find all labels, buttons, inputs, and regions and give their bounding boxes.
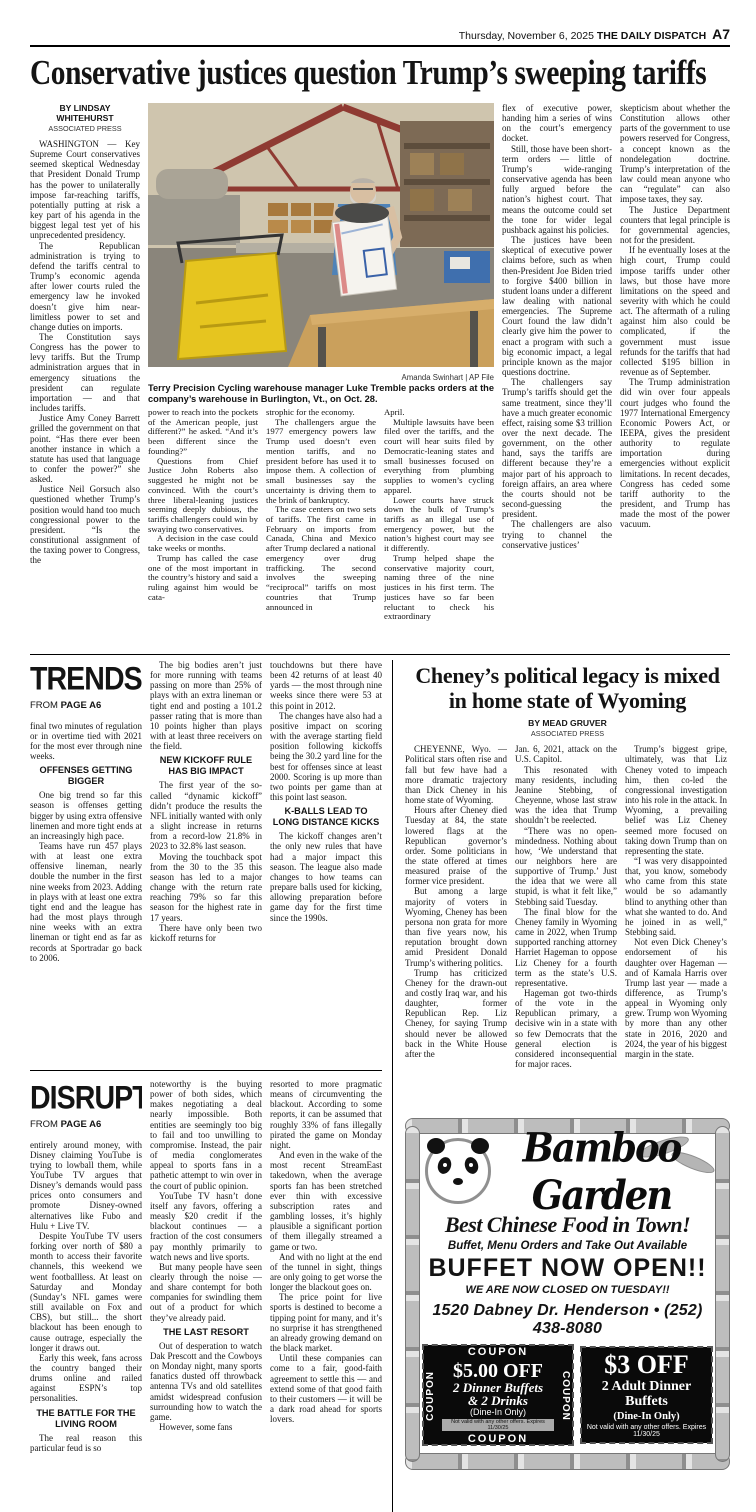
article-paragraph: If he eventually loses at the high court… xyxy=(620,245,730,377)
article-paragraph: Trump has criticized Cheney for the draw… xyxy=(405,968,507,1059)
coupon-label-bottom: COUPON xyxy=(438,1433,558,1445)
cheney-column-1: CHEYENNE, Wyo. — Political stars often r… xyxy=(405,744,507,1110)
trends-from-page: PAGE A6 xyxy=(61,700,102,711)
article-paragraph: But many people have seen clearly throug… xyxy=(150,1262,262,1323)
warehouse-photo xyxy=(148,103,494,372)
ad-subtagline: Buffet, Menu Orders and Take Out Availab… xyxy=(423,1240,712,1252)
bottom-section: TRENDS FROM PAGE A6 final two minutes of… xyxy=(30,660,730,1512)
article-paragraph: power to reach into the pockets of the A… xyxy=(148,408,258,457)
article-paragraph: Early this week, fans across the country… xyxy=(30,1353,142,1404)
article-paragraph: entirely around money, with Disney claim… xyxy=(30,1140,142,1231)
article-paragraph: Jan. 6, 2021, attack on the U.S. Capitol… xyxy=(515,744,617,764)
disrupts-jump-line: FROM PAGE A6 xyxy=(30,1119,142,1130)
coupon-body: $5.00 OFF 2 Dinner Buffets & 2 Drinks (D… xyxy=(438,1361,558,1431)
coupon-five-dollars-off: COUPON COUPON $5.00 OFF 2 Dinner Buffets… xyxy=(423,1345,573,1445)
article-paragraph: Despite YouTube TV users forking over no… xyxy=(30,1231,142,1353)
coupon-amount: $3 OFF xyxy=(585,1352,708,1378)
article-paragraph: One big trend so far this season is offe… xyxy=(30,790,142,841)
trends-jump-line: FROM PAGE A6 xyxy=(30,700,142,711)
tariffs-column-2: power to reach into the pockets of the A… xyxy=(148,408,258,636)
article-paragraph: The challengers say Trump’s tariffs shou… xyxy=(502,377,612,519)
masthead-paper-name: THE DAILY DISPATCH xyxy=(597,30,706,42)
coupon-dine-in: (Dine-In Only) xyxy=(438,1408,558,1418)
coupon-three-dollars-off: $3 OFF 2 Adult Dinner Buffets (Dine-In O… xyxy=(581,1347,712,1443)
ad-brand-row: Bamboo Garden xyxy=(423,1134,712,1208)
article-paragraph: However, some fans xyxy=(150,1422,262,1432)
disrupts-article: DISRUPTS FROM PAGE A6 entirely around mo… xyxy=(30,1079,382,1512)
article-paragraph: The Trump administration did win over fo… xyxy=(620,377,730,529)
article-paragraph: The Republican administration is trying … xyxy=(30,241,140,332)
article-paragraph: Justice Amy Coney Barrett grilled the go… xyxy=(30,413,140,484)
tariffs-column-5: flex of executive power, handing him a s… xyxy=(502,103,612,648)
article-paragraph: The justices have been skeptical of exec… xyxy=(502,235,612,377)
cheney-byline: BY MEAD GRUVER xyxy=(405,718,730,728)
coupon-fine-print: Not valid with any other offers. Expires… xyxy=(585,1424,708,1438)
article-paragraph: The Constitution says Congress has the p… xyxy=(30,332,140,413)
photo-caption: Terry Precision Cycling warehouse manage… xyxy=(148,383,494,405)
bamboo-frame-right xyxy=(715,1126,730,1462)
disrupts-column-3: resorted to more pragmatic means of circ… xyxy=(270,1079,382,1512)
tariffs-headline: Conservative justices question Trump’s s… xyxy=(30,53,618,97)
article-paragraph: And with no light at the end of the tunn… xyxy=(270,1252,382,1293)
masthead-date: Thursday, November 6, 2025 xyxy=(459,30,594,42)
masthead-rule xyxy=(30,45,730,47)
bamboo-garden-ad: Bamboo Garden Best Chinese Food in Town!… xyxy=(405,1118,730,1470)
column-subhead: THE BATTLE FOR THE LIVING ROOM xyxy=(32,1408,140,1430)
coupon-item: 2 Adult Dinner Buffets xyxy=(585,1380,708,1409)
disrupts-title: DISRUPTS xyxy=(30,1081,133,1115)
photo-credit: Amanda Swinhart | AP File xyxy=(148,373,494,382)
column-subhead: OFFENSES GETTING BIGGER xyxy=(32,765,140,787)
article-paragraph: Trump’s biggest gripe, ultimately, was t… xyxy=(625,744,727,856)
trends-column-2: The big bodies aren’t just for more runn… xyxy=(150,660,262,1062)
disrupts-column-2: noteworthy is the buying power of both s… xyxy=(150,1079,262,1512)
cheney-column-3: Trump’s biggest gripe, ultimately, was t… xyxy=(625,744,727,1110)
article-paragraph: resorted to more pragmatic means of circ… xyxy=(270,1079,382,1150)
tariffs-column-1: BY LINDSAY WHITEHURST ASSOCIATED PRESS W… xyxy=(30,103,140,648)
article-paragraph: Trump has called the case one of the mos… xyxy=(148,554,258,603)
trends-from-label: FROM xyxy=(30,700,61,711)
coupon-item: & 2 Drinks xyxy=(438,1394,558,1408)
disrupts-column-1: DISRUPTS FROM PAGE A6 entirely around mo… xyxy=(30,1079,142,1512)
tariffs-column-6: skepticism about whether the Constitutio… xyxy=(620,103,730,648)
trends-article: TRENDS FROM PAGE A6 final two minutes of… xyxy=(30,660,382,1062)
article-paragraph: Hours after Cheney died Tuesday at 84, t… xyxy=(405,805,507,886)
masthead: Thursday, November 6, 2025 THE DAILY DIS… xyxy=(30,26,730,42)
tariffs-byline: BY LINDSAY WHITEHURST xyxy=(30,103,140,123)
tariffs-column-3: strophic for the economy.The challengers… xyxy=(266,408,376,636)
article-paragraph: Until these companies can come to a fair… xyxy=(270,1353,382,1424)
tariffs-article: BY LINDSAY WHITEHURST ASSOCIATED PRESS W… xyxy=(30,103,730,648)
article-paragraph: The Justice Department counters that leg… xyxy=(620,205,730,246)
article-paragraph: The case centers on two sets of tariffs.… xyxy=(266,505,376,612)
panda-logo-icon xyxy=(425,1138,491,1204)
coupon-fine-print: Not valid with any other offers. Expires… xyxy=(442,1419,554,1431)
ad-closed-line: WE ARE NOW CLOSED ON TUESDAY!! xyxy=(423,1284,712,1296)
warehouse-photo-illustration xyxy=(148,103,494,367)
section-divider-rule xyxy=(30,654,730,655)
tariffs-column-4: April.Multiple lawsuits have been filed … xyxy=(384,408,494,636)
article-paragraph: The challengers argue the 1977 emergency… xyxy=(266,418,376,506)
article-paragraph: final two minutes of regulation or in ov… xyxy=(30,721,142,762)
article-paragraph: flex of executive power, handing him a s… xyxy=(502,103,612,144)
article-paragraph: The price point for live sports is desti… xyxy=(270,1292,382,1353)
ad-address: 1520 Dabney Dr. Henderson • (252) 438-80… xyxy=(423,1302,712,1338)
article-paragraph: YouTube TV hasn’t done itself any favors… xyxy=(150,1191,262,1262)
article-paragraph: Moving the touchback spot from the 30 to… xyxy=(150,852,262,923)
article-paragraph: Trump helped shape the conservative majo… xyxy=(384,554,494,622)
tariffs-byline-org: ASSOCIATED PRESS xyxy=(30,124,140,133)
coupon-label-left: COUPON xyxy=(425,1371,436,1421)
article-paragraph: Not even Dick Cheney’s endorsement of hi… xyxy=(625,937,727,1059)
article-paragraph: This resonated with many residents, incl… xyxy=(515,765,617,826)
article-paragraph: The kickoff changes aren’t the only new … xyxy=(270,831,382,922)
article-paragraph: WASHINGTON — Key Supreme Court conservat… xyxy=(30,139,140,241)
cheney-article: Cheney’s political legacy is mixed in ho… xyxy=(405,664,730,1110)
bottom-left-column: TRENDS FROM PAGE A6 final two minutes of… xyxy=(30,660,393,1512)
cheney-headline: Cheney’s political legacy is mixed in ho… xyxy=(415,664,720,713)
coupon-dine-in: (Dine-In Only) xyxy=(585,1411,708,1422)
masthead-page-number: A7 xyxy=(712,26,730,42)
article-paragraph: Teams have run 457 plays with at least o… xyxy=(30,841,142,963)
article-paragraph: Questions from Chief Justice John Robert… xyxy=(148,457,258,535)
article-paragraph: There have only been two kickoff returns… xyxy=(150,923,262,943)
coupon-item: 2 Dinner Buffets xyxy=(438,1381,558,1395)
article-paragraph: But among a large majority of voters in … xyxy=(405,886,507,967)
disrupts-from-label: FROM xyxy=(30,1119,61,1130)
article-paragraph: touchdowns but there have been 42 return… xyxy=(270,660,382,711)
article-paragraph: A decision in the case could take weeks … xyxy=(148,534,258,553)
article-paragraph: The real reason this particular feud is … xyxy=(30,1433,142,1453)
article-paragraph: “I was very disappointed that, you know,… xyxy=(625,856,727,937)
ad-brand-name: Bamboo Garden xyxy=(491,1124,712,1219)
tariffs-photo-block: Amanda Swinhart | AP File Terry Precisio… xyxy=(148,103,494,648)
bamboo-frame-left xyxy=(405,1126,420,1462)
article-paragraph: “There was no open-mindedness. Nothing a… xyxy=(515,826,617,907)
ad-coupons: COUPON COUPON $5.00 OFF 2 Dinner Buffets… xyxy=(423,1345,712,1445)
article-paragraph: skepticism about whether the Constitutio… xyxy=(620,103,730,205)
trends-title: TRENDS xyxy=(30,662,133,696)
bamboo-frame-bottom xyxy=(405,1453,730,1470)
column-subhead: K-BALLS LEAD TO LONG DISTANCE KICKS xyxy=(272,806,380,828)
coupon-label-top: COUPON xyxy=(438,1346,558,1358)
trends-column-3: touchdowns but there have been 42 return… xyxy=(270,660,382,1062)
trends-disrupts-rule xyxy=(30,1070,382,1071)
coupon-amount: $5.00 OFF xyxy=(438,1361,558,1381)
disrupts-from-page: PAGE A6 xyxy=(61,1119,102,1130)
article-paragraph: Still, those have been short-term orders… xyxy=(502,144,612,235)
cheney-byline-org: ASSOCIATED PRESS xyxy=(405,729,730,738)
article-paragraph: Hageman got two-thirds of the vote in th… xyxy=(515,988,617,1069)
article-paragraph: Justice Neil Gorsuch also questioned whe… xyxy=(30,484,140,565)
article-paragraph: The final blow for the Cheney family in … xyxy=(515,907,617,988)
article-paragraph: Multiple lawsuits have been filed over t… xyxy=(384,418,494,496)
bottom-right-column: Cheney’s political legacy is mixed in ho… xyxy=(393,660,730,1512)
article-paragraph: The challengers are also trying to chann… xyxy=(502,519,612,549)
article-paragraph: The changes have also had a positive imp… xyxy=(270,711,382,802)
article-paragraph: noteworthy is the buying power of both s… xyxy=(150,1079,262,1191)
cheney-column-2: Jan. 6, 2021, attack on the U.S. Capitol… xyxy=(515,744,617,1110)
article-paragraph: And even in the wake of the most recent … xyxy=(270,1150,382,1252)
article-paragraph: The big bodies aren’t just for more runn… xyxy=(150,660,262,751)
coupon-label-right: COUPON xyxy=(560,1371,571,1421)
column-subhead: NEW KICKOFF RULE HAS BIG IMPACT xyxy=(152,755,260,777)
article-paragraph: Lower courts have struck down the bulk o… xyxy=(384,496,494,554)
column-subhead: THE LAST RESORT xyxy=(152,1327,260,1338)
article-paragraph: CHEYENNE, Wyo. — Political stars often r… xyxy=(405,744,507,805)
trends-column-1: TRENDS FROM PAGE A6 final two minutes of… xyxy=(30,660,142,1062)
article-paragraph: Out of desperation to watch Dak Prescott… xyxy=(150,1341,262,1422)
article-paragraph: The first year of the so-called “dynamic… xyxy=(150,780,262,851)
newspaper-page: Thursday, November 6, 2025 THE DAILY DIS… xyxy=(0,0,756,1512)
ad-open-line: BUFFET NOW OPEN!! xyxy=(423,1254,712,1283)
ad-content: Bamboo Garden Best Chinese Food in Town!… xyxy=(423,1134,712,1452)
